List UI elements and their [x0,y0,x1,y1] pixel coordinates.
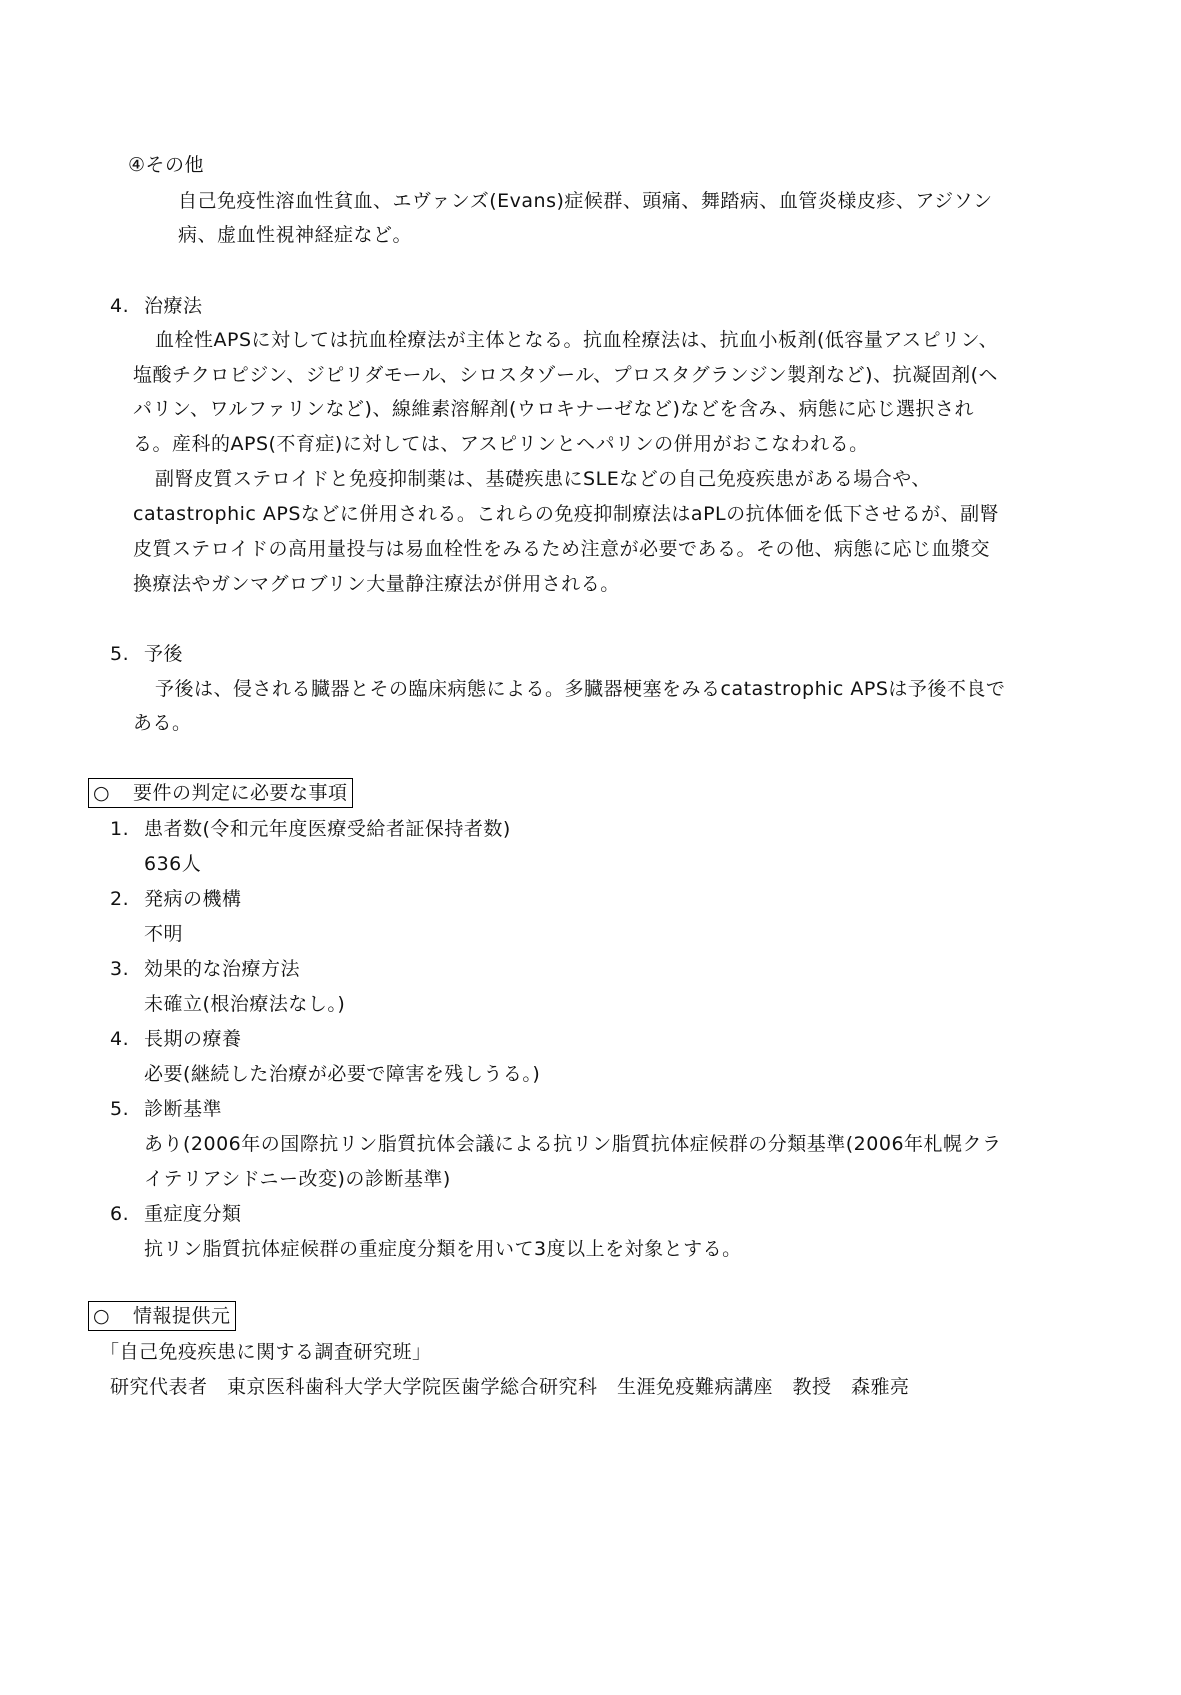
requirement-item-value: 必要(継続した治療が必要で障害を残しうる。) [144,1062,540,1086]
requirement-item-title: 4.長期の療養 [110,1027,242,1051]
treatment-paragraph-line: 換療法やガンマグロブリン大量静注療法が併用される。 [133,572,620,596]
treatment-heading: 4.治療法 [110,294,203,318]
treatment-title: 治療法 [144,295,203,317]
requirement-item-title: 6.重症度分類 [110,1202,242,1226]
requirement-item-title: 1.患者数(令和元年度医療受給者証保持者数) [110,817,511,841]
research-group-name: 「自己免疫疾患に関する調査研究班」 [100,1340,432,1364]
requirement-item-value: 未確立(根治療法なし。) [144,992,345,1016]
requirement-item-value: 不明 [144,922,183,946]
requirement-item-title: 5.診断基準 [110,1097,222,1121]
prognosis-title: 予後 [144,643,183,665]
treatment-paragraph-line: 塩酸チクロピジン、ジピリダモール、シロスタゾール、プロスタグランジン製剤など)、… [133,363,998,387]
requirements-section-header: ○要件の判定に必要な事項 [88,778,353,808]
requirement-item-value: 抗リン脂質抗体症候群の重症度分類を用いて3度以上を対象とする。 [144,1237,742,1261]
research-representative: 研究代表者 東京医科歯科大学大学院医歯学総合研究科 生涯免疫難病講座 教授 森雅… [110,1375,910,1399]
treatment-paragraph-line: る。産科的APS(不育症)に対しては、アスピリンとヘパリンの併用がおこなわれる。 [133,432,869,456]
prognosis-paragraph-line: 予後は、侵される臓器とその臨床病態による。多臓器梗塞をみるcatastrophi… [155,677,1005,701]
treatment-paragraph-line: パリン、ワルファリンなど)、線維素溶解剤(ウロキナーゼなど)などを含み、病態に応… [133,397,974,421]
treatment-paragraph-line: catastrophic APSなどに併用される。これらの免疫抑制療法はaPLの… [133,502,999,526]
other-section-heading: ④その他 [128,153,204,177]
treatment-paragraph-line: 血栓性APSに対しては抗血栓療法が主体となる。抗血栓療法は、抗血小板剤(低容量ア… [155,328,998,352]
requirement-item-title: 2.発病の機構 [110,887,242,911]
prognosis-paragraph-line: ある。 [133,711,192,735]
requirement-item-value: 636人 [144,852,201,876]
prognosis-number: 5. [110,642,144,666]
other-section-line: 自己免疫性溶血性貧血、エヴァンズ(Evans)症候群、頭痛、舞踏病、血管炎様皮疹… [178,189,993,213]
requirement-item-title: 3.効果的な治療方法 [110,957,300,981]
requirements-title: 要件の判定に必要な事項 [133,782,348,804]
requirement-item-value: イテリアシドニー改変)の診断基準) [144,1167,451,1191]
requirement-item-value: あり(2006年の国際抗リン脂質抗体会議による抗リン脂質抗体症候群の分類基準(2… [144,1132,1002,1156]
source-section-header: ○情報提供元 [88,1301,236,1331]
treatment-paragraph-line: 副腎皮質ステロイドと免疫抑制薬は、基礎疾患にSLEなどの自己免疫疾患がある場合や… [155,467,931,491]
other-section-line: 病、虚血性視神経症など。 [178,223,412,247]
circle-marker-icon: ○ [93,780,133,806]
treatment-number: 4. [110,294,144,318]
treatment-paragraph-line: 皮質ステロイドの高用量投与は易血栓性をみるため注意が必要である。その他、病態に応… [133,537,990,561]
prognosis-heading: 5.予後 [110,642,183,666]
circle-marker-icon: ○ [93,1303,133,1329]
source-title: 情報提供元 [133,1305,231,1327]
